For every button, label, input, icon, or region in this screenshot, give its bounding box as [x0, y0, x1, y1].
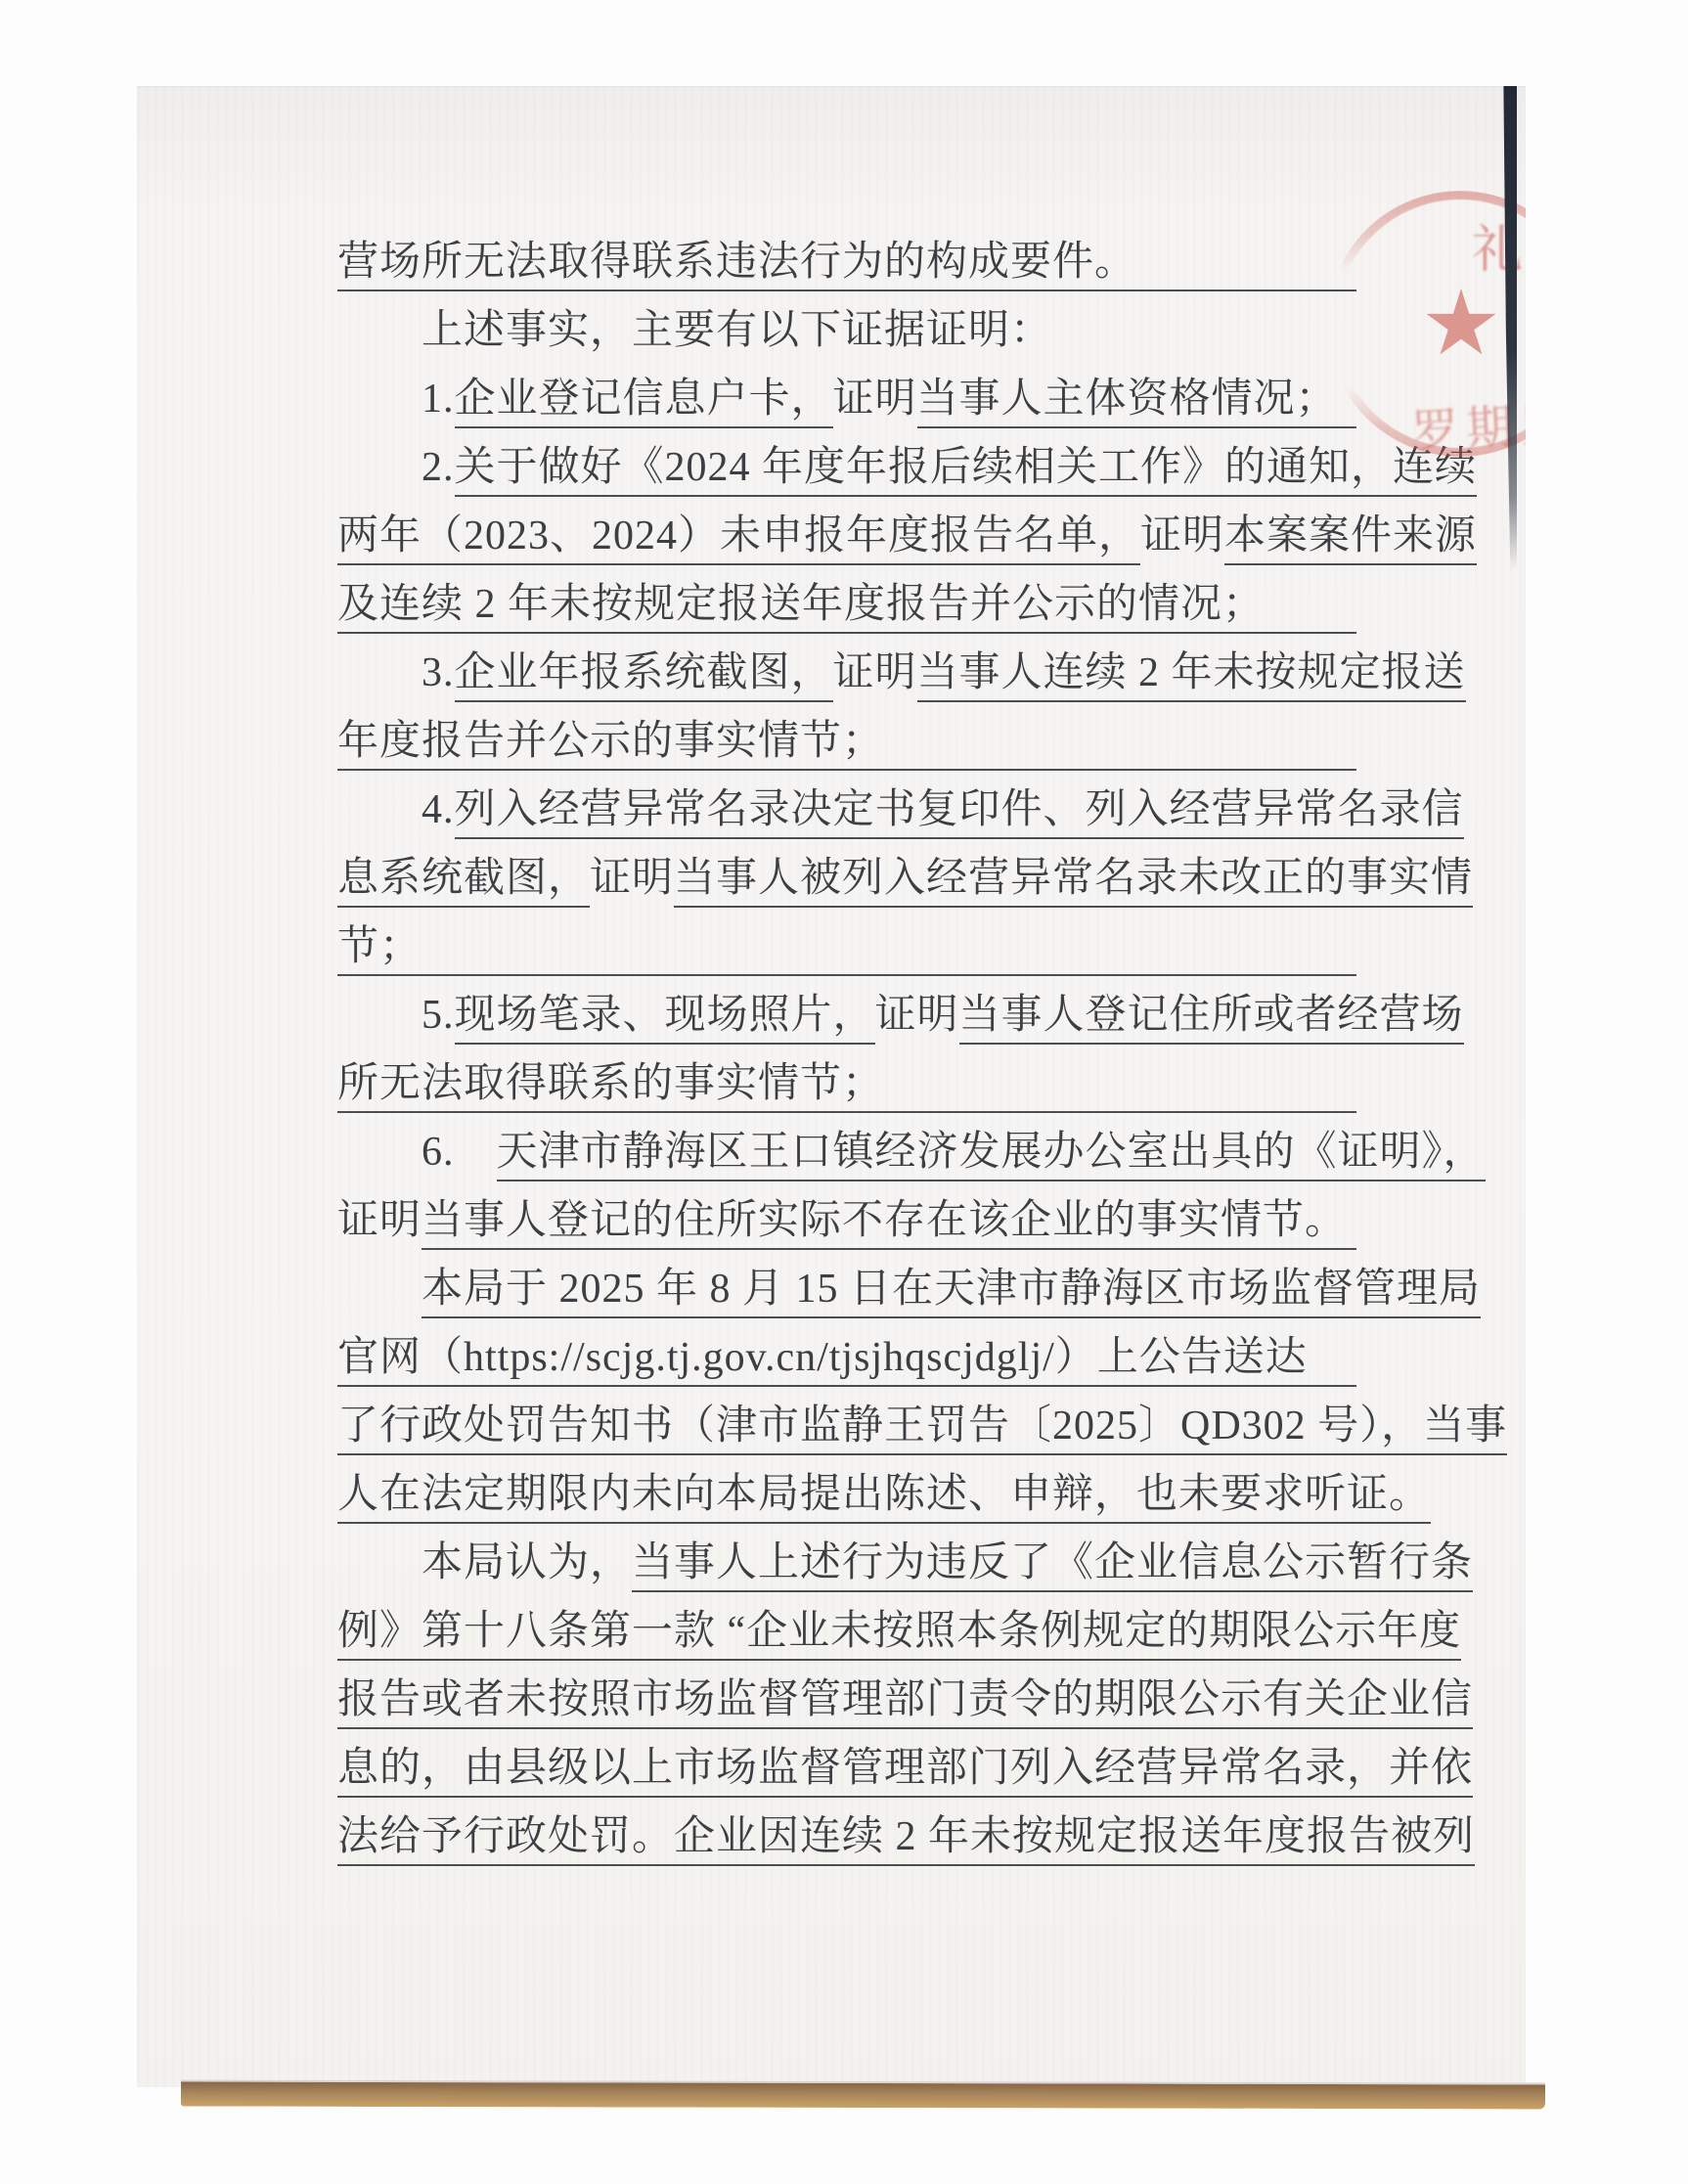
underlined-text-segment: 企业登记信息户卡，: [455, 377, 833, 428]
text-segment: 2.: [422, 445, 455, 495]
document-page: 营场所无法取得联系违法行为的构成要件。上述事实，主要有以下证据证明：1. 企业登…: [137, 86, 1526, 2087]
underlined-text-segment: 节；: [337, 924, 422, 976]
blank-underline-extension: [884, 719, 1356, 771]
underlined-text-segment: 当事人连续 2 年未按规定报送: [917, 650, 1466, 702]
underlined-text-segment: 现场笔录、现场照片，: [455, 993, 875, 1045]
text-segment: 证明: [1140, 513, 1224, 563]
text-segment: 证明: [833, 377, 917, 426]
text-segment: 上述事实，主要有以下证据证明：: [422, 308, 1052, 358]
underlined-text-segment: 人在法定期限内未向本局提出陈述、申辩，也未要求听证。: [337, 1472, 1431, 1524]
text-line: 例》第十八条第一款 “企业未按照本条例规定的期限公示年度: [337, 1609, 1356, 1677]
text-segment: 证明: [337, 1198, 422, 1248]
underlined-text-segment: 本案案件来源: [1224, 513, 1477, 565]
blank-underline-extension: [884, 1061, 1356, 1113]
text-line: 人在法定期限内未向本局提出陈述、申辩，也未要求听证。: [337, 1472, 1356, 1540]
document-text-block: 营场所无法取得联系违法行为的构成要件。上述事实，主要有以下证据证明：1. 企业登…: [337, 240, 1356, 1883]
text-line: 2. 关于做好《2024 年度年报后续相关工作》的通知，连续: [337, 445, 1356, 513]
text-line: 息的，由县级以上市场监督管理部门列入经营异常名录，并依: [337, 1746, 1356, 1814]
underlined-text-segment: 当事人登记的住所实际不存在该企业的事实情节。: [422, 1198, 1347, 1250]
text-line: 5. 现场笔录、现场照片，证明当事人登记住所或者经营场: [337, 993, 1356, 1061]
underlined-text-segment: 官网（https://scjg.tj.gov.cn/tjsjhqscjdglj/…: [337, 1335, 1308, 1387]
text-segment: 5.: [422, 993, 455, 1043]
underlined-text-segment: 营场所无法取得联系违法行为的构成要件。: [337, 240, 1136, 291]
text-line: 及连续 2 年未按规定报送年度报告并公示的情况；: [337, 582, 1356, 650]
underlined-text-segment: 例》第十八条第一款 “企业未按照本条例规定的期限公示年度: [337, 1609, 1461, 1661]
underlined-text-segment: 当事人上述行为违反了《企业信息公示暂行条: [632, 1540, 1473, 1592]
underlined-text-segment: 两年（2023、2024）未申报年度报告名单，: [337, 513, 1140, 565]
text-line: 本局认为，当事人上述行为违反了《企业信息公示暂行条: [337, 1540, 1356, 1609]
text-line: 报告或者未按照市场监督管理部门责令的期限公示有关企业信: [337, 1677, 1356, 1746]
table-surface-edge: [181, 2080, 1545, 2110]
text-line: 营场所无法取得联系违法行为的构成要件。: [337, 240, 1356, 308]
underlined-text-segment: 了行政处罚告知书（津市监静王罚告〔2025〕QD302 号），当事: [337, 1404, 1507, 1455]
text-line: 6. 天津市静海区王口镇经济发展办公室出具的《证明》，: [337, 1130, 1356, 1198]
text-segment: 6.: [422, 1130, 497, 1180]
underlined-text-segment: 及连续 2 年未按规定报送年度报告并公示的情况；: [337, 582, 1265, 634]
text-line: 节；: [337, 924, 1356, 993]
text-segment: 1.: [422, 377, 455, 426]
text-line: 证明当事人登记的住所实际不存在该企业的事实情节。: [337, 1198, 1356, 1267]
blank-underline-extension: [1347, 1198, 1356, 1250]
underlined-text-segment: 关于做好《2024 年度年报后续相关工作》的通知，连续: [455, 445, 1478, 497]
text-segment: 4.: [422, 787, 455, 837]
underlined-text-segment: 息系统截图，: [337, 856, 590, 908]
underlined-text-segment: 息的，由县级以上市场监督管理部门列入经营异常名录，并依: [337, 1746, 1473, 1798]
blank-underline-extension: [1136, 240, 1356, 291]
text-line: 法给予行政处罚。企业因连续 2 年未按规定报送年度报告被列: [337, 1814, 1356, 1883]
text-segment: 本局认为，: [422, 1540, 632, 1590]
underlined-text-segment: 天津市静海区王口镇经济发展办公室出具的《证明》，: [497, 1130, 1486, 1181]
underlined-text-segment: 法给予行政处罚。企业因连续 2 年未按规定报送年度报告被列: [337, 1814, 1475, 1866]
blank-underline-extension: [422, 924, 1356, 976]
text-line: 息系统截图，证明当事人被列入经营异常名录未改正的事实情: [337, 856, 1356, 924]
blank-underline-extension: [1265, 582, 1356, 634]
text-line: 了行政处罚告知书（津市监静王罚告〔2025〕QD302 号），当事: [337, 1404, 1356, 1472]
text-line: 上述事实，主要有以下证据证明：: [337, 308, 1356, 377]
underlined-text-segment: 当事人被列入经营异常名录未改正的事实情: [674, 856, 1473, 908]
text-line: 本局于 2025 年 8 月 15 日在天津市静海区市场监督管理局: [337, 1267, 1356, 1335]
text-segment: 证明: [590, 856, 674, 906]
text-line: 年度报告并公示的事实情节；: [337, 719, 1356, 787]
underlined-text-segment: 本局于 2025 年 8 月 15 日在天津市静海区市场监督管理局: [422, 1267, 1481, 1318]
blank-underline-extension: [1308, 1335, 1356, 1387]
text-line: 1. 企业登记信息户卡，证明当事人主体资格情况；: [337, 377, 1356, 445]
underlined-text-segment: 企业年报系统截图，: [455, 650, 833, 702]
text-line: 3. 企业年报系统截图，证明当事人连续 2 年未按规定报送: [337, 650, 1356, 719]
underlined-text-segment: 所无法取得联系的事实情节；: [337, 1061, 884, 1113]
text-line: 官网（https://scjg.tj.gov.cn/tjsjhqscjdglj/…: [337, 1335, 1356, 1404]
text-segment: 证明: [875, 993, 959, 1043]
text-line: 两年（2023、2024）未申报年度报告名单，证明本案案件来源: [337, 513, 1356, 582]
underlined-text-segment: 报告或者未按照市场监督管理部门责令的期限公示有关企业信: [337, 1677, 1473, 1729]
underlined-text-segment: 年度报告并公示的事实情节；: [337, 719, 884, 771]
text-line: 4. 列入经营异常名录决定书复印件、列入经营异常名录信: [337, 787, 1356, 856]
text-segment: 证明: [833, 650, 917, 700]
underlined-text-segment: 当事人主体资格情况；: [917, 377, 1338, 428]
photo-of-document: { "page": { "colors": { "background": "#…: [0, 0, 1688, 2184]
text-segment: 3.: [422, 650, 455, 700]
underlined-text-segment: 列入经营异常名录决定书复印件、列入经营异常名录信: [455, 787, 1464, 839]
text-line: 所无法取得联系的事实情节；: [337, 1061, 1356, 1130]
underlined-text-segment: 当事人登记住所或者经营场: [959, 993, 1464, 1045]
